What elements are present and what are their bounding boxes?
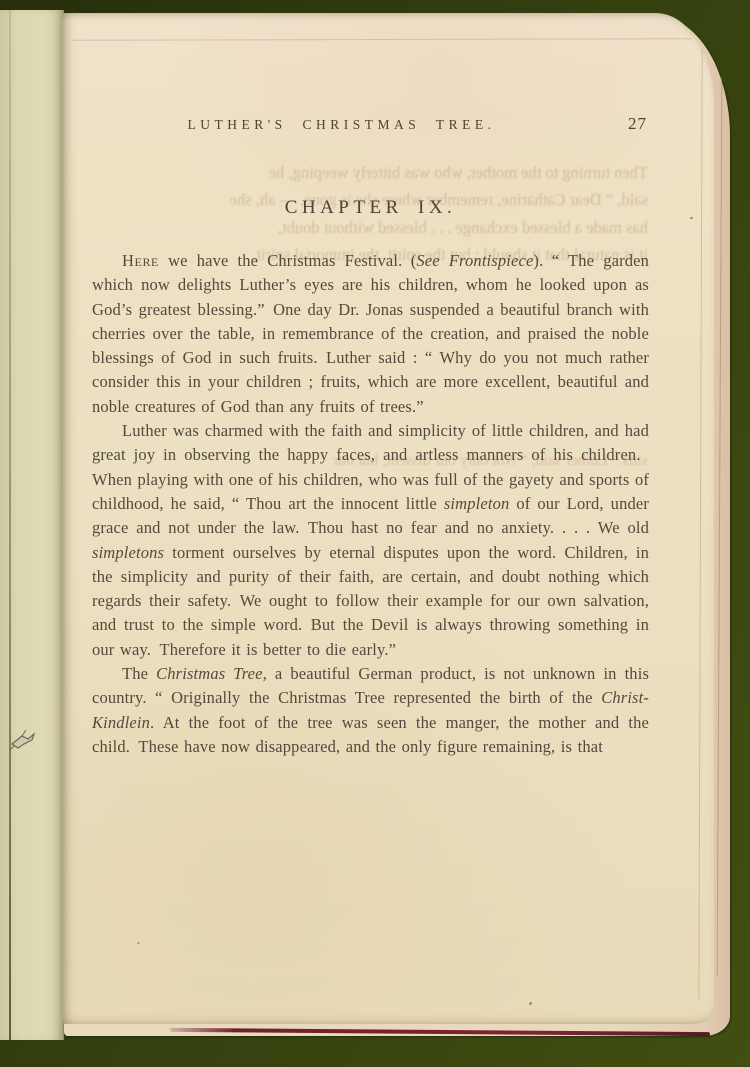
smallcaps-text: Here [122, 251, 159, 270]
chapter-heading: CHAPTER IX. [92, 197, 649, 219]
page-header: LUTHER'S CHRISTMAS TREE. 27 [92, 117, 649, 139]
italic-text: simpletons [92, 543, 164, 562]
book-scan-photo: Then turning to the mother, who was bitt… [0, 0, 750, 1067]
italic-text: Christmas Tree [156, 664, 263, 683]
facing-page-edge [0, 10, 64, 1040]
paragraph: Luther was charmed with the faith and si… [92, 419, 649, 662]
text-run: ). “ The garden which now delights Luthe… [92, 251, 649, 416]
bleedthrough-line: Then turning to the mother, who was bitt… [90, 159, 648, 186]
italic-text: simpleton [444, 494, 510, 513]
italic-text: See Frontispiece [416, 251, 533, 270]
paper-speck [690, 217, 693, 219]
body-text: Here we have the Christmas Festival. (Se… [92, 249, 649, 759]
text-run: The [122, 664, 156, 683]
text-run: . At the foot of the tree was seen the m… [92, 713, 649, 756]
paragraph: Here we have the Christmas Festival. (Se… [92, 249, 649, 419]
paragraph: The Christmas Tree, a beautiful German p… [92, 662, 649, 759]
page-edge-crease [717, 76, 723, 976]
page-content: Then turning to the mother, who was bitt… [62, 13, 714, 1024]
text-run: we have the Christmas Festival. ( [159, 251, 416, 270]
binding-thread-flaw [8, 722, 52, 756]
paper-speck [137, 942, 140, 944]
page-number: 27 [628, 114, 647, 134]
paper-crease-horizontal [72, 38, 692, 41]
facing-page-crease [9, 10, 11, 1040]
paper-crease-vertical [698, 49, 702, 999]
running-header: LUTHER'S CHRISTMAS TREE. [92, 117, 591, 133]
text-run: torment ourselves by eternal disputes up… [92, 543, 649, 659]
paper-speck [529, 1002, 532, 1005]
